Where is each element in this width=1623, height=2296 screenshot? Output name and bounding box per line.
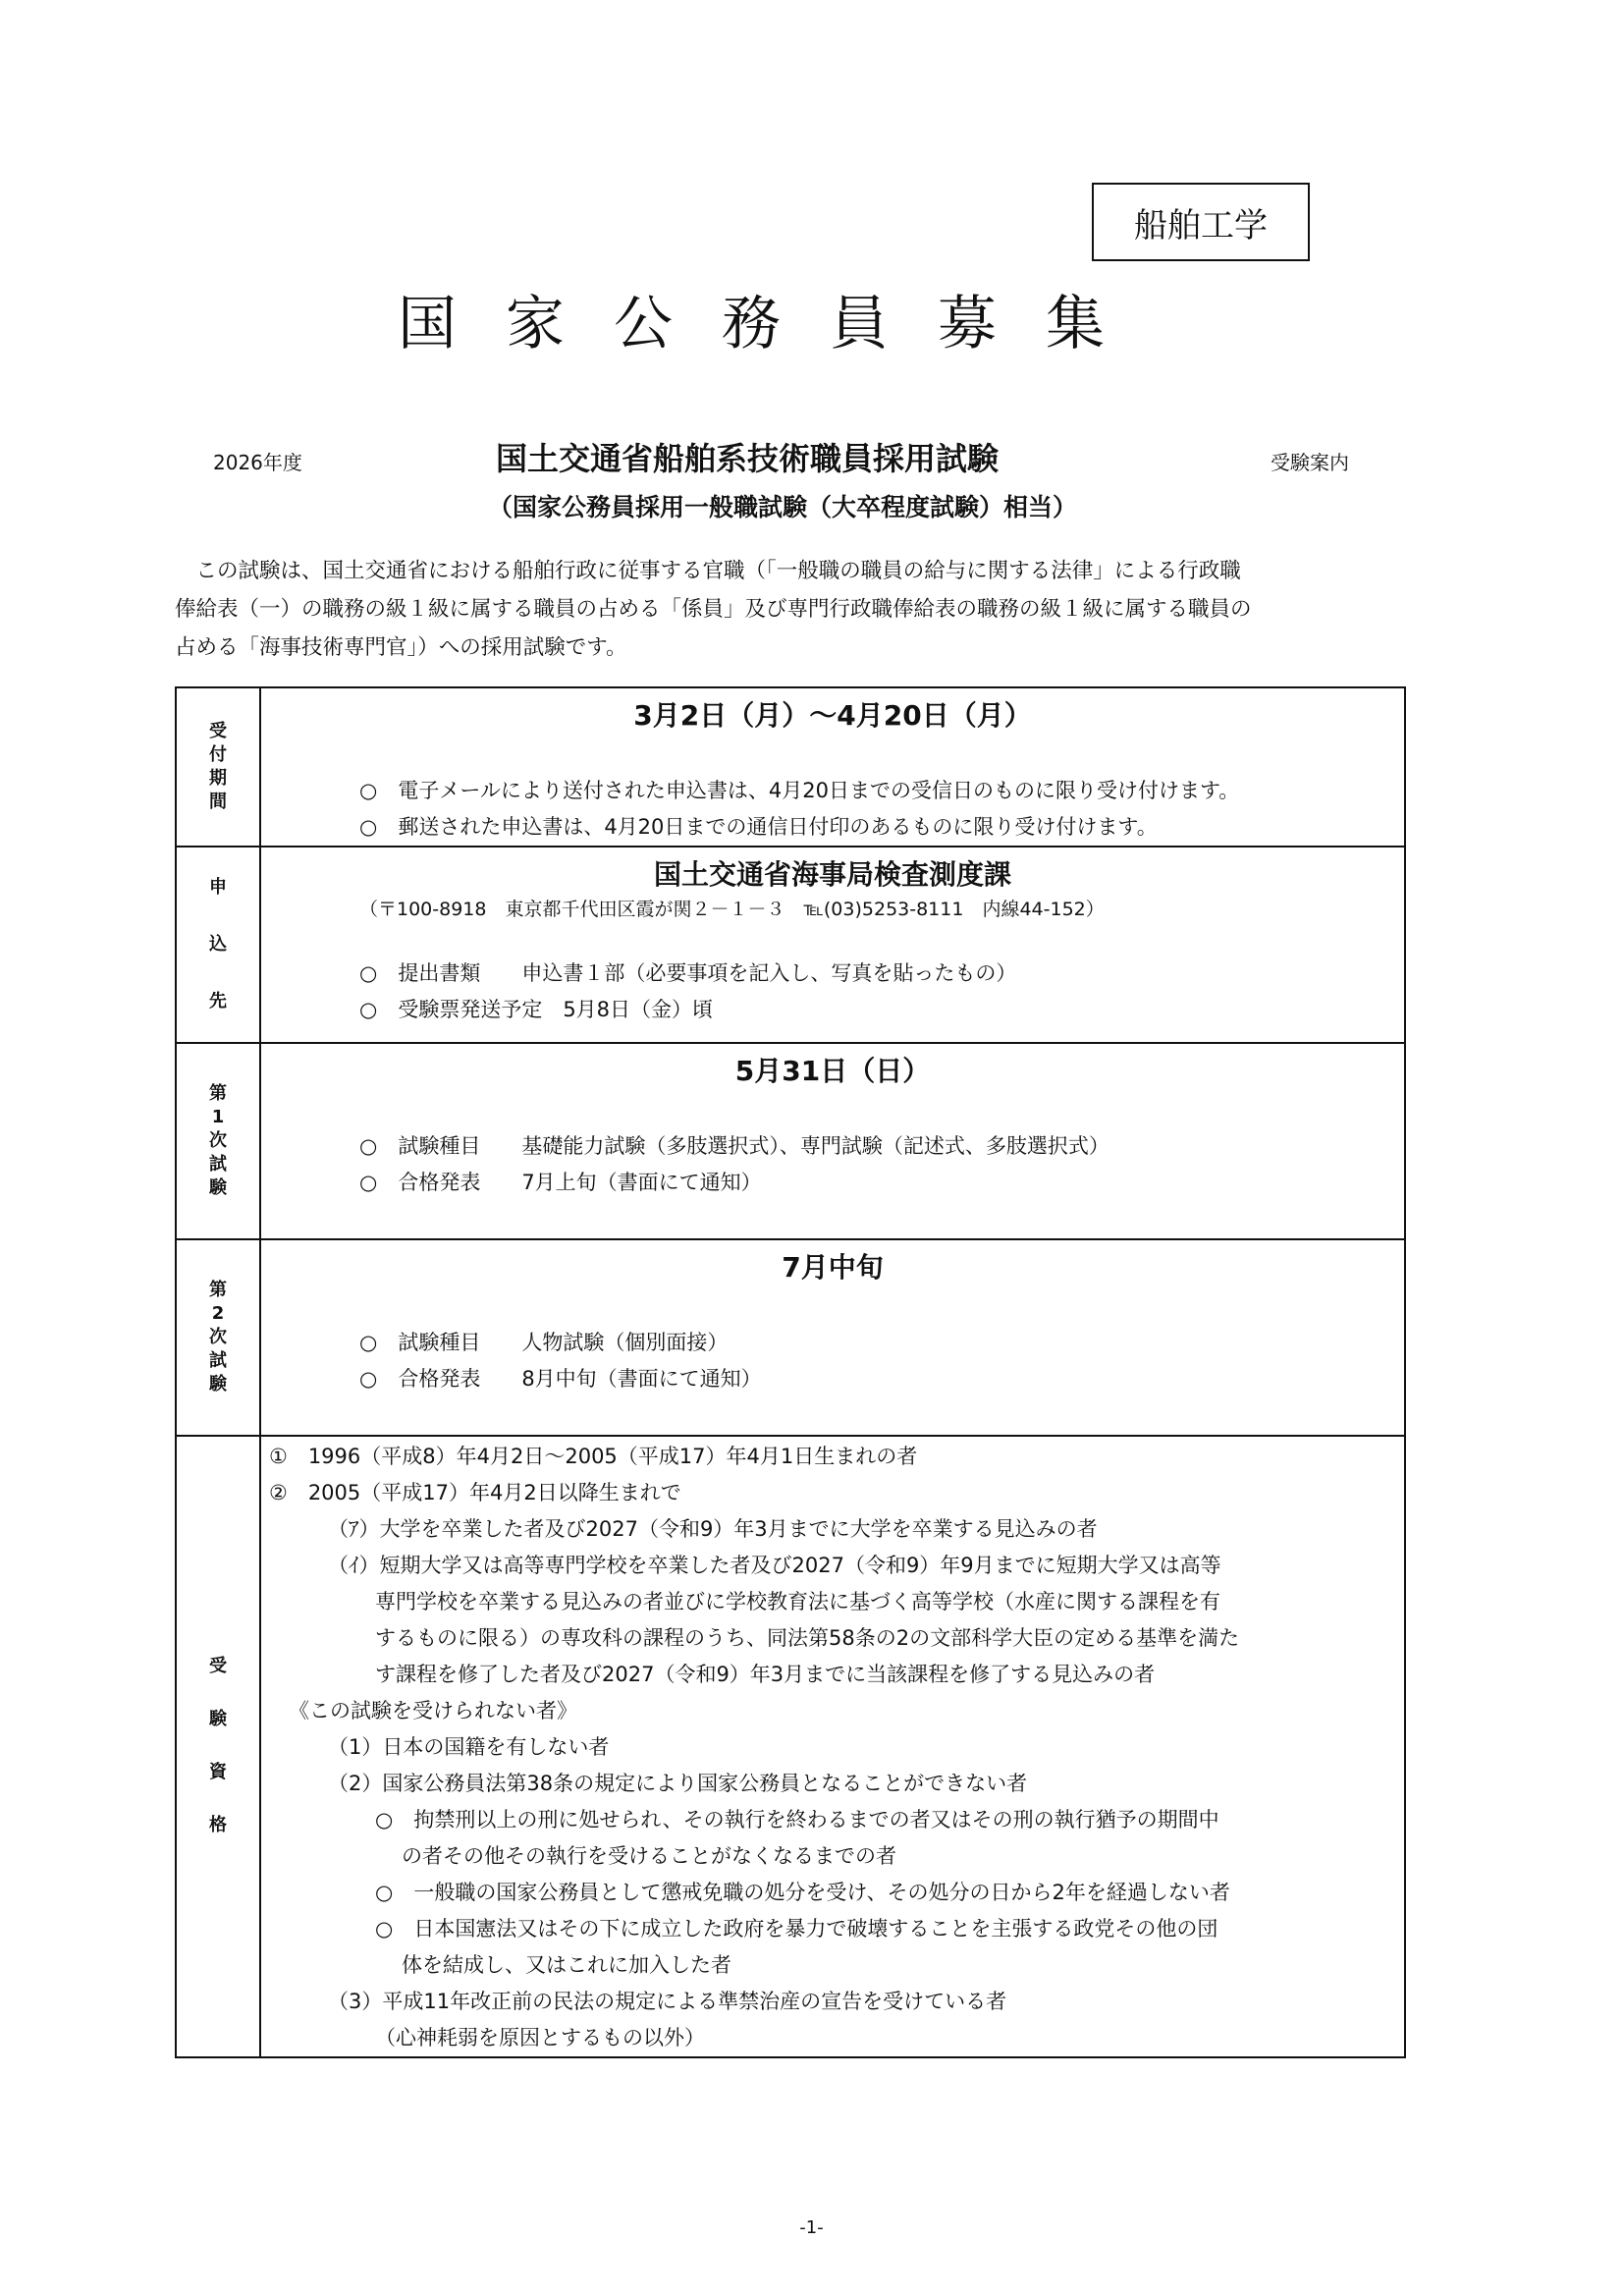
qualification-line: の者その他その執行を受けることがなくなるまでの者 (269, 1838, 1404, 1875)
qualification-line: するものに限る）の専攻科の課程のうち、同法第58条の2の文部科学大臣の定める基準… (269, 1620, 1404, 1657)
first-exam-content: 5月31日（日） ○ 試験種目 基礎能力試験（多肢選択式）、専門試験（記述式、多… (260, 1043, 1405, 1239)
qualification-line: ○ 日本国憲法又はその下に成立した政府を暴力で破壊することを主張する政党その他の… (269, 1911, 1404, 1947)
schedule-table: 受付期間 3月2日（月）～4月20日（月） ○ 電子メールにより送付された申込書… (175, 686, 1406, 2058)
qualification-line: 体を結成し、又はこれに加入した者 (269, 1947, 1404, 1984)
label-first-exam: 第1次試験 (176, 1043, 260, 1239)
label-reception: 受付期間 (176, 687, 260, 847)
fiscal-year: 2026年度 (213, 447, 302, 475)
qualification-line: （1）日本の国籍を有しない者 (269, 1729, 1404, 1766)
row-first-exam: 第1次試験 5月31日（日） ○ 試験種目 基礎能力試験（多肢選択式）、専門試験… (176, 1043, 1405, 1239)
second-exam-content: 7月中旬 ○ 試験種目 人物試験（個別面接） ○ 合格発表 8月中旬（書面にて通… (260, 1239, 1405, 1436)
qualification-line: す課程を修了した者及び2027（令和9）年3月までに当該課程を修了する見込みの者 (269, 1657, 1404, 1693)
label-qualification: 受験資格 (176, 1436, 260, 2057)
qualification-line: 専門学校を卒業する見込みの者並びに学校教育法に基づく高等学校（水産に関する課程を… (269, 1584, 1404, 1620)
intro-paragraph: この試験は、国土交通省における船舶行政に従事する官職（「一般職の職員の給与に関す… (175, 552, 1392, 667)
guide-label: 受験案内 (1271, 447, 1349, 475)
reception-content: 3月2日（月）～4月20日（月） ○ 電子メールにより送付された申込書は、4月2… (260, 687, 1405, 847)
application-content: 国土交通省海事局検査測度課 （〒100-8918 東京都千代田区霞が関２－１－３… (260, 847, 1405, 1043)
label-second-exam: 第2次試験 (176, 1239, 260, 1436)
page-number: -1- (0, 2217, 1623, 2238)
qualification-line: ① 1996（平成8）年4月2日～2005（平成17）年4月1日生まれの者 (269, 1439, 1404, 1475)
qualification-line: （2）国家公務員法第38条の規定により国家公務員となることができない者 (269, 1766, 1404, 1802)
row-second-exam: 第2次試験 7月中旬 ○ 試験種目 人物試験（個別面接） ○ 合格発表 8月中旬… (176, 1239, 1405, 1436)
row-application: 申込先 国土交通省海事局検査測度課 （〒100-8918 東京都千代田区霞が関２… (176, 847, 1405, 1043)
exam-subtitle: （国家公務員採用一般職試験（大卒程度試験）相当） (488, 488, 1077, 523)
subject-box: 船舶工学 (1092, 183, 1310, 261)
label-application: 申込先 (176, 847, 260, 1043)
exam-title: 国土交通省船舶系技術職員採用試験 (496, 434, 999, 479)
qualification-line: （ｲ）短期大学又は高等専門学校を卒業した者及び2027（令和9）年9月までに短期… (269, 1548, 1404, 1584)
qualification-line: ② 2005（平成17）年4月2日以降生まれで (269, 1475, 1404, 1511)
qualification-line: ○ 拘禁刑以上の刑に処せられ、その執行を終わるまでの者又はその刑の執行猶予の期間… (269, 1802, 1404, 1838)
qualification-line: ○ 一般職の国家公務員として懲戒免職の処分を受け、その処分の日から2年を経過しな… (269, 1875, 1404, 1911)
row-reception: 受付期間 3月2日（月）～4月20日（月） ○ 電子メールにより送付された申込書… (176, 687, 1405, 847)
qualification-line: （心神耗弱を原因とするもの以外） (269, 2020, 1404, 2056)
row-qualification: 受験資格 ① 1996（平成8）年4月2日～2005（平成17）年4月1日生まれ… (176, 1436, 1405, 2057)
qualification-content: ① 1996（平成8）年4月2日～2005（平成17）年4月1日生まれの者② 2… (260, 1436, 1405, 2057)
qualification-line: （ｱ）大学を卒業した者及び2027（令和9）年3月までに大学を卒業する見込みの者 (269, 1511, 1404, 1548)
qualification-line: （3）平成11年改正前の民法の規定による準禁治産の宣告を受けている者 (269, 1984, 1404, 2020)
main-title: 国家公務員募集 (398, 277, 1183, 361)
qualification-line: 《この試験を受けられない者》 (269, 1693, 1404, 1729)
